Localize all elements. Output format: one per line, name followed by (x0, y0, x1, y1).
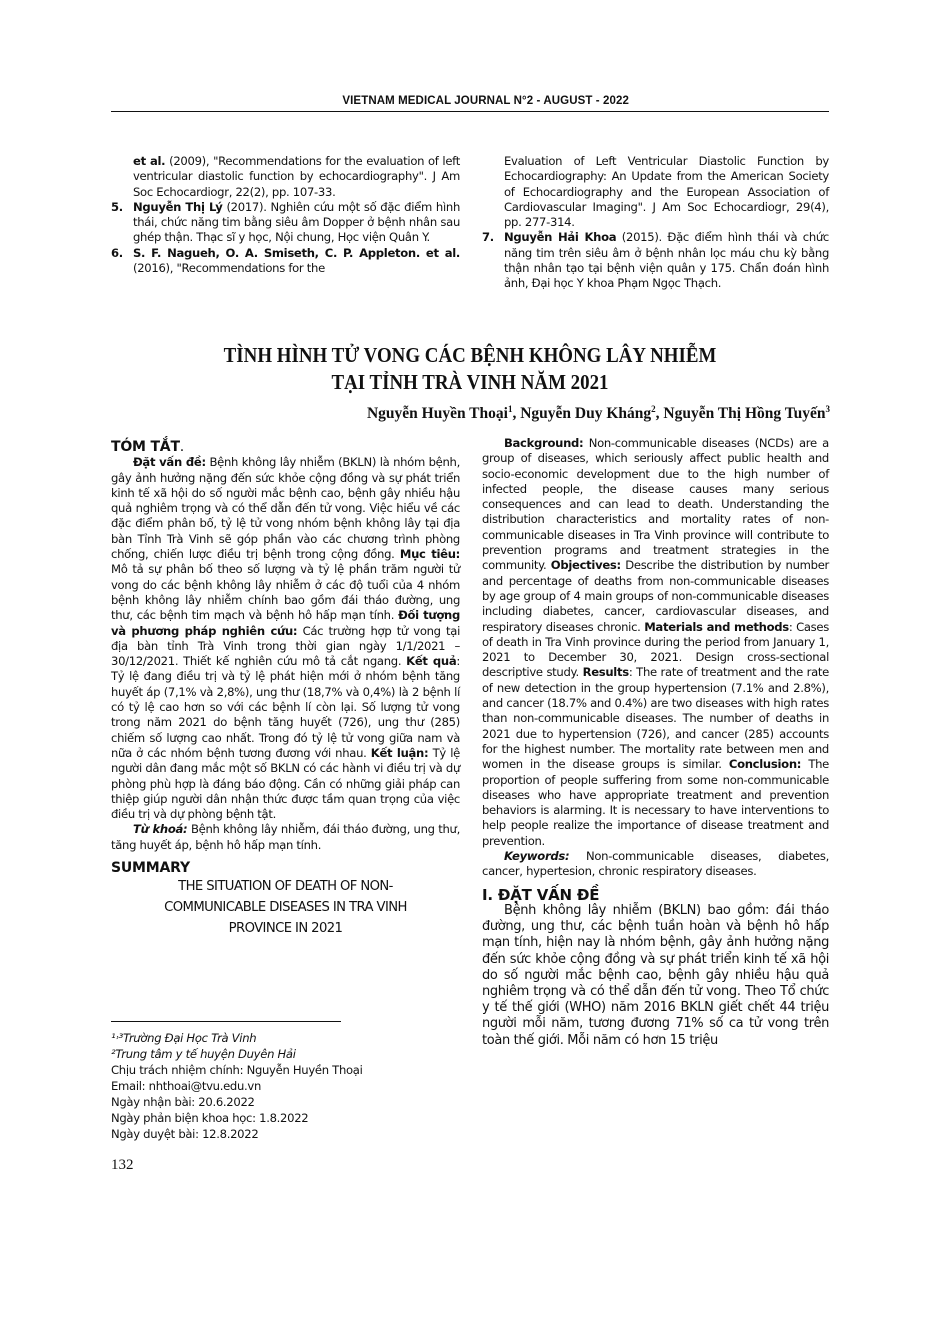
journal-page: VIETNAM MEDICAL JOURNAL N°2 - AUGUST - 2… (0, 0, 942, 1333)
reference-5: 5.Nguyễn Thị Lý (2017). Nghiên cứu một s… (111, 200, 460, 246)
footnote-divider (111, 1021, 341, 1022)
keywords-en: Keywords: Non-communicable diseases, dia… (482, 849, 829, 880)
author-list: Nguyễn Huyền Thoại1, Nguyễn Duy Kháng2, … (230, 404, 830, 423)
english-title: THE SITUATION OF DEATH OF NON- COMMUNICA… (111, 876, 460, 939)
references-left: et al. (2009), "Recommendations for the … (111, 154, 460, 276)
journal-header-text: VIETNAM MEDICAL JOURNAL N°2 - AUGUST - 2… (342, 95, 629, 107)
title-line-2: TẠI TỈNH TRÀ VINH NĂM 2021 (154, 369, 786, 396)
date-accepted: Ngày duyệt bài: 12.8.2022 (111, 1126, 471, 1142)
affiliation-1: ¹˒³Trường Đại Học Trà Vinh (111, 1030, 471, 1046)
abstract-vietnamese: TÓM TẮT. Đặt vấn đề: Bệnh không lây nhiễ… (111, 440, 460, 939)
keywords-vi: Từ khoá: Bệnh không lây nhiễm, đái tháo … (111, 822, 460, 853)
reference-6-continuation: Evaluation of Left Ventricular Diastolic… (482, 154, 829, 230)
date-reviewed: Ngày phản biện khoa học: 1.8.2022 (111, 1110, 471, 1126)
reference-7: 7.Nguyễn Hải Khoa (2015). Đặc điểm hình … (482, 230, 829, 291)
section-1-body: Bệnh không lây nhiễm (BKLN) bao gồm: đái… (482, 903, 829, 1049)
footnotes: ¹˒³Trường Đại Học Trà Vinh ²Trung tâm y … (111, 1030, 471, 1142)
corresponding-author: Chịu trách nhiệm chính: Nguyễn Huyền Tho… (111, 1062, 471, 1078)
affiliation-2: ²Trung tâm y tế huyện Duyên Hải (111, 1046, 471, 1062)
reference-6: 6.S. F. Nagueh, O. A. Smiseth, C. P. App… (111, 246, 460, 277)
article-title: TÌNH HÌNH TỬ VONG CÁC BỆNH KHÔNG LÂY NHI… (154, 342, 786, 396)
reference-4-continuation: et al. (2009), "Recommendations for the … (111, 154, 460, 200)
date-received: Ngày nhận bài: 20.6.2022 (111, 1094, 471, 1110)
title-line-1: TÌNH HÌNH TỬ VONG CÁC BỆNH KHÔNG LÂY NHI… (154, 342, 786, 369)
abstract-english: Background: Non-communicable diseases (N… (482, 436, 829, 1049)
abstract-heading: TÓM TẮT. (111, 440, 460, 455)
abstract-vi-body: Đặt vấn đề: Bệnh không lây nhiễm (BKLN) … (111, 455, 460, 822)
running-header: VIETNAM MEDICAL JOURNAL N°2 - AUGUST - 2… (111, 95, 829, 112)
summary-heading: SUMMARY (111, 861, 460, 876)
section-1-heading: I. ĐẶT VẤN ĐỀ (482, 888, 829, 903)
abstract-en-body: Background: Non-communicable diseases (N… (482, 436, 829, 849)
references-right: Evaluation of Left Ventricular Diastolic… (482, 154, 829, 292)
page-number: 132 (111, 1157, 134, 1174)
email: Email: nhthoai@tvu.edu.vn (111, 1078, 471, 1094)
